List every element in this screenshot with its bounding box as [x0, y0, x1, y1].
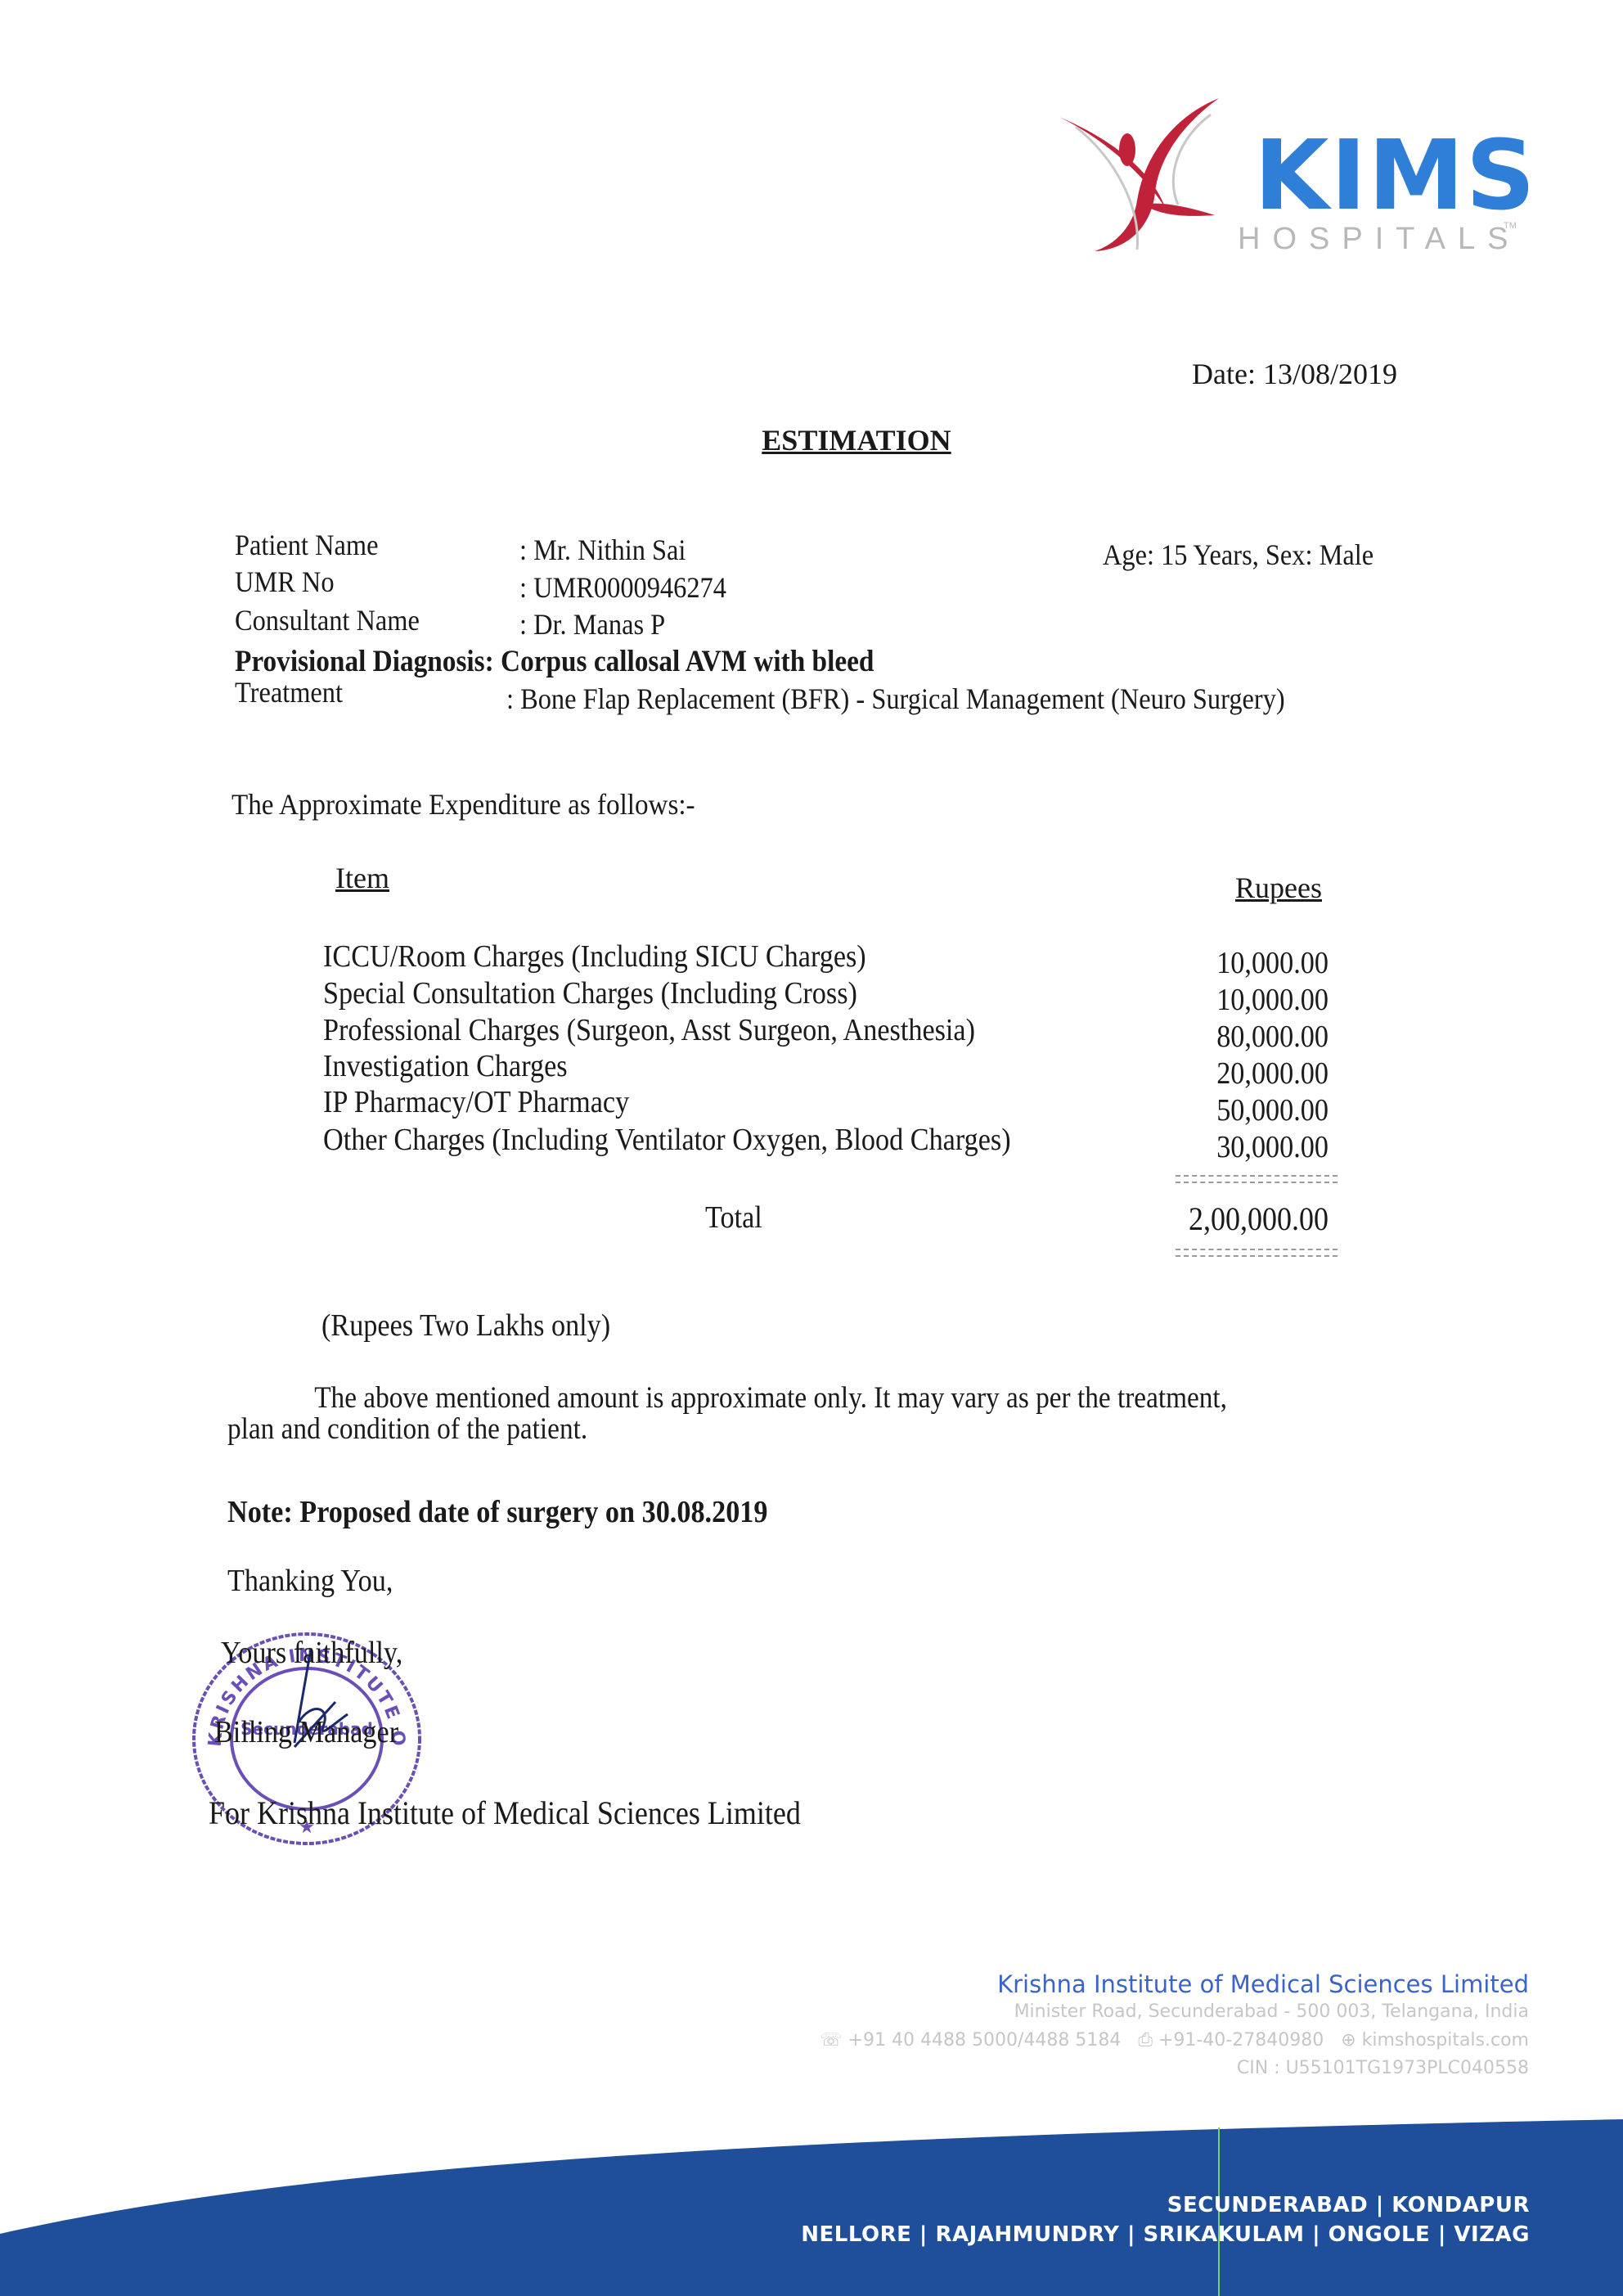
logo-trademark: TM: [1504, 221, 1517, 231]
table-row-item: IP Pharmacy/OT Pharmacy: [323, 1087, 629, 1118]
disclaimer-line-1: The above mentioned amount is approximat…: [314, 1381, 1227, 1415]
table-row-item: Investigation Charges: [323, 1051, 568, 1082]
expenditure-intro: The Approximate Expenditure as follows:-: [232, 787, 695, 822]
document-title: ESTIMATION: [0, 423, 1623, 457]
surgery-note: Note: Proposed date of surgery on 30.08.…: [227, 1494, 768, 1530]
footer-website[interactable]: kimshospitals.com: [1362, 2030, 1529, 2051]
table-row-amount: 20,000.00: [1216, 1058, 1329, 1089]
kims-figure-logo-icon: [1055, 94, 1252, 258]
table-row-item: Other Charges (Including Ventilator Oxyg…: [323, 1124, 1011, 1155]
total-amount: 2,00,000.00: [1189, 1203, 1329, 1236]
total-label: Total: [705, 1200, 762, 1236]
disclaimer-line-2: plan and condition of the patient.: [227, 1412, 587, 1446]
table-row-amount: 30,000.00: [1216, 1132, 1329, 1163]
footer-address: Minister Road, Secunderabad - 500 003, T…: [1014, 2001, 1529, 2022]
footer-contact: ☏ +91 40 4488 5000/4488 5184 ⎙ +91-40-27…: [820, 2030, 1529, 2051]
thanks-text: Thanking You,: [227, 1563, 393, 1599]
closing-text: Yours faithfully,: [221, 1635, 402, 1671]
column-header-rupees: Rupees: [1235, 871, 1322, 905]
logo-brand: KIMS: [1254, 127, 1537, 223]
column-header-item: Item: [335, 861, 389, 895]
kims-logo: KIMS HOSPITALS TM: [1055, 94, 1530, 258]
treatment-label: Treatment: [235, 678, 343, 707]
table-row-amount: 10,000.00: [1216, 984, 1329, 1015]
consultant-label: Consultant Name: [235, 606, 420, 635]
umr-label: UMR No: [235, 567, 335, 597]
table-row-amount: 50,000.00: [1216, 1095, 1329, 1126]
disclaimer: The above mentioned amount is approximat…: [227, 1383, 1405, 1445]
umr-value: : UMR0000946274: [519, 573, 726, 602]
footer-phone: +91 40 4488 5000/4488 5184: [848, 2030, 1122, 2051]
treatment-value: : Bone Flap Replacement (BFR) - Surgical…: [506, 684, 1285, 714]
signatory-role: Billing Manager: [214, 1714, 398, 1750]
footer-cin: CIN : U55101TG1973PLC040558: [1237, 2058, 1529, 2078]
table-row-item: Special Consultation Charges (Including …: [323, 978, 857, 1009]
logo-subtitle: HOSPITALS: [1238, 223, 1520, 254]
footer-cities-line-2: NELLORE | RAJAHMUNDRY | SRIKAKULAM | ONG…: [801, 2222, 1530, 2247]
total-divider: [1176, 1249, 1338, 1257]
phone-icon: ☏: [820, 2030, 843, 2051]
consultant-value: : Dr. Manas P: [519, 610, 665, 639]
table-row-item: ICCU/Room Charges (Including SICU Charge…: [323, 941, 866, 972]
provisional-diagnosis: Provisional Diagnosis: Corpus callosal A…: [235, 646, 874, 677]
table-row-amount: 10,000.00: [1216, 948, 1329, 979]
signatory-organization: For Krishna Institute of Medical Science…: [209, 1794, 801, 1832]
table-row-item: Professional Charges (Surgeon, Asst Surg…: [323, 1015, 975, 1046]
patient-name-value: : Mr. Nithin Sai: [519, 535, 686, 565]
patient-age-sex: Age: 15 Years, Sex: Male: [1103, 540, 1373, 569]
patient-name-label: Patient Name: [235, 530, 378, 560]
amount-in-words: (Rupees Two Lakhs only): [321, 1308, 610, 1344]
subtotal-divider: [1176, 1175, 1338, 1183]
table-row-amount: 80,000.00: [1216, 1021, 1329, 1052]
footer-cities-line-1: SECUNDERABAD | KONDAPUR: [1167, 2193, 1530, 2217]
document-date: Date: 13/08/2019: [1192, 357, 1397, 391]
globe-icon: ⊕: [1341, 2030, 1355, 2051]
fax-icon: ⎙: [1138, 2030, 1153, 2051]
footer-fax: +91-40-27840980: [1158, 2030, 1324, 2051]
footer-company-name: Krishna Institute of Medical Sciences Li…: [997, 1970, 1529, 1998]
